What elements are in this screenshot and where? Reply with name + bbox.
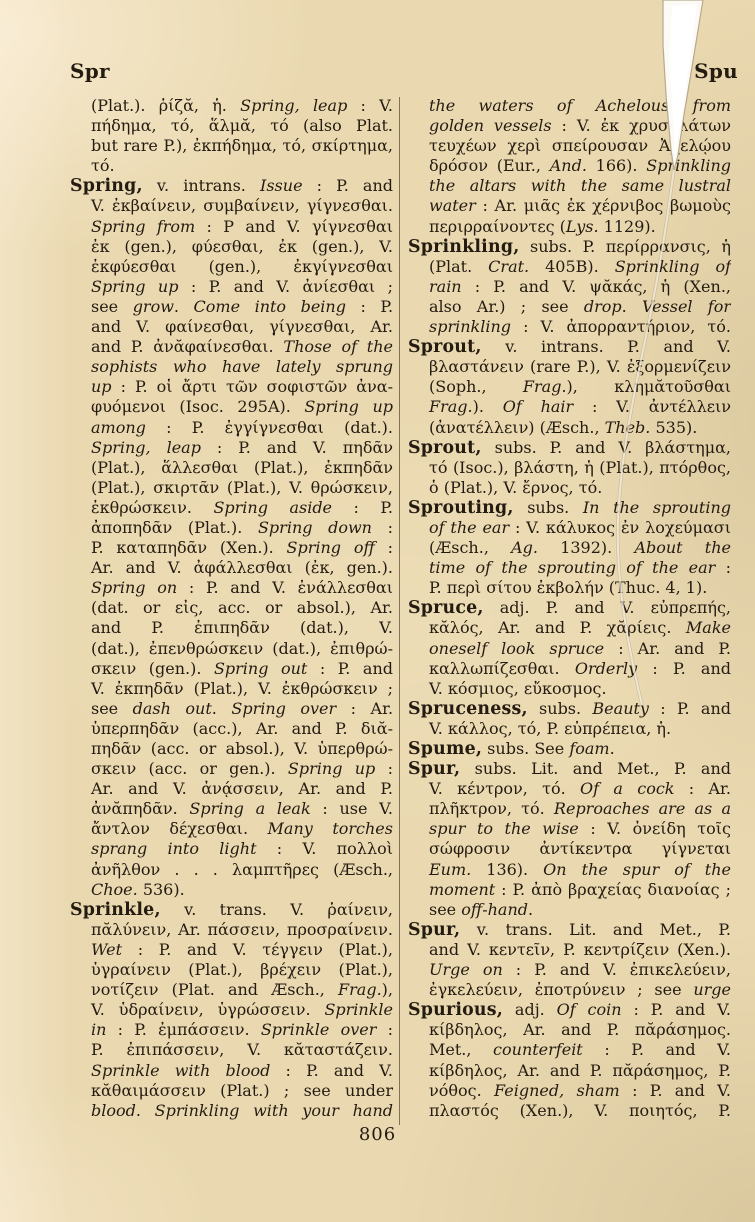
running-head-right: Spu <box>694 59 738 83</box>
dictionary-line: (dat.), ἐπενθρώσκειν (dat.), ἐπιθρώ- <box>70 639 393 659</box>
running-head-left: Spr <box>70 59 110 83</box>
dictionary-line: ὁ (Plat.), V. ἔρνος, τό. <box>408 478 731 498</box>
dictionary-line: (Æsch., Ag. 1392). About the <box>408 538 731 558</box>
dictionary-line: πηδᾶν (acc. or absol.), V. ὑπερθρώ- <box>70 739 393 759</box>
dictionary-line: τό (Isoc.), βλάστη, ἡ (Plat.), πτόρθος, <box>408 458 731 478</box>
dictionary-page-scan: Spr Spu (Plat.). ῥίζᾰ, ἡ. Spring, leap :… <box>0 0 755 1222</box>
dictionary-line: περιρραίνοντες (Lys. 1129). <box>408 217 731 237</box>
dictionary-line: of the ear : V. κάλυκος ἐν λοχεύμασι <box>408 518 731 538</box>
dictionary-line: καλλωπίζεσθαι. Orderly : P. and <box>408 659 731 679</box>
dictionary-line: time of the sprouting of the ear : <box>408 558 731 578</box>
dictionary-line: (ἀνατέλλειν) (Æsch., Theb. 535). <box>408 418 731 438</box>
dictionary-line: Frag.). Of hair : V. ἀντέλλειν <box>408 397 731 417</box>
dictionary-line: and P. ἐπιπηδᾶν (dat.), V. ἐνθρώσκειν <box>70 618 393 638</box>
dictionary-line: see off-hand. <box>408 900 731 920</box>
dictionary-line: Spring on : P. and V. ἐνάλλεσθαι <box>70 578 393 598</box>
dictionary-line: Ar. and V. ἀφάλλεσθαι (ἐκ, gen.). <box>70 558 393 578</box>
column-divider-rule <box>399 97 400 1125</box>
dictionary-line: (Plat. Crat. 405B). Sprinkling of <box>408 257 731 277</box>
dictionary-line: in : P. ἐμπάσσειν. Sprinkle over : <box>70 1020 393 1040</box>
dictionary-line: Spring, leap : P. and V. πηδᾶν <box>70 438 393 458</box>
dictionary-line: ὑγραίνειν (Plat.), βρέχειν (Plat.), <box>70 960 393 980</box>
dictionary-line: Sprout, v. intrans. P. and V. <box>408 337 731 357</box>
dictionary-line: Spring from : P and V. γίγνεσθαι <box>70 217 393 237</box>
dictionary-line: (Plat.), σκιρτᾶν (Plat.), V. θρώσκειν, <box>70 478 393 498</box>
dictionary-line: (Plat.). ῥίζᾰ, ἡ. Spring, leap : V. <box>70 96 393 116</box>
dictionary-line: κίβδηλος, Ar. and P. πᾰράσημος. <box>408 1020 731 1040</box>
dictionary-line: Eum. 136). On the spur of the <box>408 860 731 880</box>
dictionary-line: among : P. ἐγγίγνεσθαι (dat.). <box>70 418 393 438</box>
dictionary-line: Spruceness, subs. Beauty : P. and <box>408 699 731 719</box>
dictionary-line: ἀνῆλθον . . . λαμπτῆρες (Æsch., <box>70 860 393 880</box>
dictionary-line: (dat. or εἰς, acc. or absol.), Ar. <box>70 598 393 618</box>
dictionary-line: ἄντλον δέχεσθαι. Many torches <box>70 819 393 839</box>
dictionary-line: Sprinkling, subs. P. περίρρανσις, ἡ <box>408 237 731 257</box>
dictionary-line: P. ἐπιπάσσειν, V. κᾰταστάζειν. <box>70 1040 393 1060</box>
dictionary-line: but rare P.), ἐκπήδημα, τό, σκίρτημα, <box>70 136 393 156</box>
dictionary-line: golden vessels : V. ἐκ χρυσηλάτων <box>408 116 731 136</box>
dictionary-line: and V. φαίνεσθαι, γίγνεσθαι, Ar. <box>70 317 393 337</box>
page-number: 806 <box>0 1124 755 1145</box>
dictionary-line: (Soph., Frag.), κλημᾰτοῦσθαι (Soph., <box>408 377 731 397</box>
dictionary-line: Spurious, adj. Of coin : P. and V. <box>408 1000 731 1020</box>
dictionary-line: sprang into light : V. πολλοὶ <box>70 839 393 859</box>
dictionary-line: (Plat.), ἅλλεσθαι (Plat.), ἐκπηδᾶν <box>70 458 393 478</box>
dictionary-line: ἐκφύεσθαι (gen.), ἐκγίγνεσθαι (gen.). <box>70 257 393 277</box>
dictionary-line: σώφροσιν ἀντίκεντρα γίγνεται (Æsch., <box>408 839 731 859</box>
dictionary-line: V. ἐκβαίνειν, συμβαίνειν, γίγνεσθαι. <box>70 196 393 216</box>
dictionary-line: κίβδηλος, Ar. and P. πᾰράσημος, P. <box>408 1061 731 1081</box>
dictionary-line: δρόσον (Eur., And. 166). Sprinkling <box>408 156 731 176</box>
dictionary-line: sprinkling : V. ἀπορραντήριον, τό. <box>408 317 731 337</box>
dictionary-line: also Ar.) ; see drop. Vessel for <box>408 297 731 317</box>
dictionary-line: see dash out. Spring over : Ar. <box>70 699 393 719</box>
dictionary-line: moment : P. ἀπὸ βραχείας διανοίας ; <box>408 880 731 900</box>
dictionary-line: κᾰλός, Ar. and P. χᾰρίεις. Make <box>408 618 731 638</box>
dictionary-line: Sprout, subs. P. and V. βλάστημα, <box>408 438 731 458</box>
dictionary-line: blood. Sprinkling with your hand <box>70 1101 393 1121</box>
dictionary-line: and P. ἀνᾰφαίνεσθαι. Those of the <box>70 337 393 357</box>
dictionary-line: ἐκθρώσκειν. Spring aside : P. <box>70 498 393 518</box>
dictionary-line: Spur, subs. Lit. and Met., P. and <box>408 759 731 779</box>
dictionary-line: spur to the wise : V. ὀνείδη τοῖς <box>408 819 731 839</box>
dictionary-line: Urge on : P. and V. ἐπικελεύειν, <box>408 960 731 980</box>
dictionary-line: the waters of Achelous from <box>408 96 731 116</box>
dictionary-line: Spring, v. intrans. Issue : P. and <box>70 176 393 196</box>
dictionary-line: water : Ar. μιᾶς ἐκ χέρνιβος βωμοὺς <box>408 196 731 216</box>
dictionary-line: Sprouting, subs. In the sprouting <box>408 498 731 518</box>
dictionary-line: Choe. 536). <box>70 880 393 900</box>
dictionary-line: rain : P. and V. ψᾰκάς, ἡ (Xen., <box>408 277 731 297</box>
dictionary-line: τευχέων χερὶ σπείρουσαν Ἀχελῴου <box>408 136 731 156</box>
dictionary-line: ἀνᾰπηδᾶν. Spring a leak : use V. <box>70 799 393 819</box>
dictionary-line: πλῆκτρον, τό. Reproaches are as a <box>408 799 731 819</box>
dictionary-line: βλαστάνειν (rare P.), V. ἐξορμενίζειν <box>408 357 731 377</box>
dictionary-line: πᾰλύνειν, Ar. πάσσειν, προσραίνειν. <box>70 920 393 940</box>
dictionary-line: κᾰθαιμάσσειν (Plat.) ; see under <box>70 1081 393 1101</box>
dictionary-line: σκειν (acc. or gen.). Spring up : <box>70 759 393 779</box>
dictionary-line: sophists who have lately sprung <box>70 357 393 377</box>
dictionary-line: oneself look spruce : Ar. and P. <box>408 639 731 659</box>
dictionary-line: τό. <box>70 156 393 176</box>
dictionary-line: Ar. and V. ἀνᾴσσειν, Ar. and P. <box>70 779 393 799</box>
dictionary-line: P. περὶ σίτου ἐκβολήν (Thuc. 4, 1). <box>408 578 731 598</box>
dictionary-line: V. κόσμιος, εὔκοσμος. <box>408 679 731 699</box>
dictionary-line: Sprinkle, v. trans. V. ῥαίνειν, <box>70 900 393 920</box>
text-column-left: (Plat.). ῥίζᾰ, ἡ. Spring, leap : V.πήδημ… <box>70 96 393 1121</box>
dictionary-line: V. κάλλος, τό, P. εὐπρέπεια, ἡ. <box>408 719 731 739</box>
dictionary-line: P. καταπηδᾶν (Xen.). Spring off : <box>70 538 393 558</box>
dictionary-line: πήδημα, τό, ἅλμᾰ, τό (also Plat. <box>70 116 393 136</box>
dictionary-line: up : P. οἱ ἄρτι τῶν σοφιστῶν ἀνα- <box>70 377 393 397</box>
dictionary-line: ἐγκελεύειν, ἐποτρύνειν ; see urge on. <box>408 980 731 1000</box>
dictionary-line: the altars with the same lustral <box>408 176 731 196</box>
dictionary-line: Spume, subs. See foam. <box>408 739 731 759</box>
dictionary-line: νόθος. Feigned, sham : P. and V. <box>408 1081 731 1101</box>
dictionary-line: Wet : P. and V. τέγγειν (Plat.), <box>70 940 393 960</box>
dictionary-line: V. κέντρον, τό. Of a cock : Ar. <box>408 779 731 799</box>
dictionary-line: ἀποπηδᾶν (Plat.). Spring down : <box>70 518 393 538</box>
dictionary-line: see grow. Come into being : P. <box>70 297 393 317</box>
dictionary-line: V. ἐκπηδᾶν (Plat.), V. ἐκθρώσκειν ; <box>70 679 393 699</box>
dictionary-line: σκειν (gen.). Spring out : P. and <box>70 659 393 679</box>
text-column-right: the waters of Achelous fromgolden vessel… <box>408 96 731 1121</box>
dictionary-line: Spur, v. trans. Lit. and Met., P. <box>408 920 731 940</box>
dictionary-line: πλαστός (Xen.), V. ποιητός, P. <box>408 1101 731 1121</box>
dictionary-line: and V. κεντεῖν, P. κεντρίζειν (Xen.). <box>408 940 731 960</box>
dictionary-line: ὑπερπηδᾶν (acc.), Ar. and P. διᾰ- <box>70 719 393 739</box>
dictionary-line: φυόμενοι (Isoc. 295A). Spring up <box>70 397 393 417</box>
dictionary-line: Sprinkle with blood : P. and V. <box>70 1061 393 1081</box>
dictionary-line: V. ὑδραίνειν, ὑγρώσσειν. Sprinkle <box>70 1000 393 1020</box>
dictionary-line: Met., counterfeit : P. and V. <box>408 1040 731 1060</box>
dictionary-line: Spruce, adj. P. and V. εὐπρεπής, <box>408 598 731 618</box>
dictionary-line: νοτίζειν (Plat. and Æsch., Frag.), <box>70 980 393 1000</box>
dictionary-line: Spring up : P. and V. ἀνίεσθαι ; <box>70 277 393 297</box>
dictionary-line: ἐκ (gen.), φύεσθαι, ἐκ (gen.), V. <box>70 237 393 257</box>
